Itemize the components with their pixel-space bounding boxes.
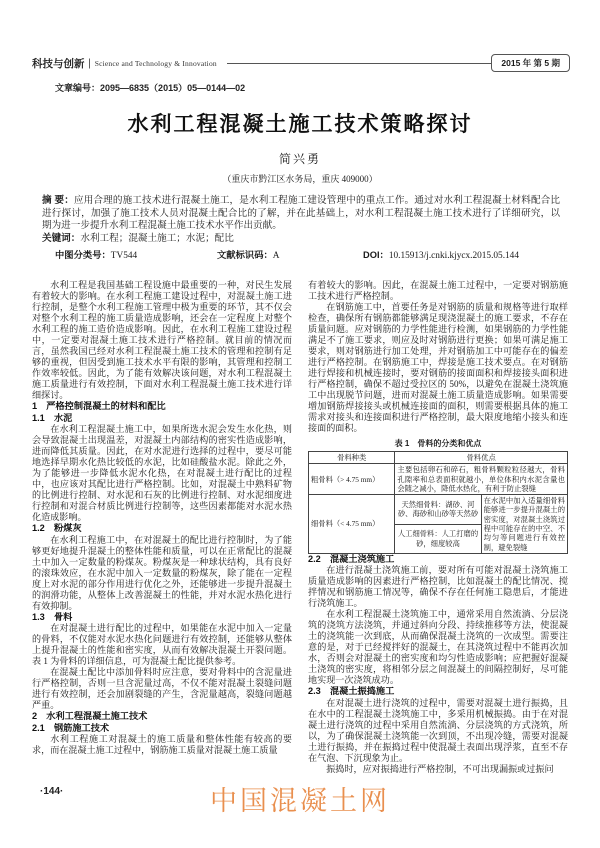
body-columns: 水利工程是我国基础工程设施中最重要的一种，对民生发展有着较大的影响。在水利工程施…	[32, 280, 568, 775]
section-1-3-heading: 1.3 骨料	[32, 612, 292, 624]
doc-code-value: A	[273, 251, 280, 261]
clc-item: 中图分类号：TV544	[55, 247, 217, 261]
paper-affiliation: （重庆市黔江区水务局，重庆 409000）	[0, 172, 600, 185]
rebar-paragraph-2: 在钢筋施工中，首要任务是对钢筋的质量和规格等进行取样检查，确保所有钢筋都能够满足…	[308, 302, 568, 434]
article-number-label: 文章编号：	[55, 83, 100, 93]
keywords-line: 关键词：水利工程；混凝土施工；水泥；配比	[42, 233, 560, 246]
aggregate-table: 骨料种类 骨料优点 粗骨料（> 4.75 mm） 主要包括卵石和碎石，粗骨料颗粒…	[308, 451, 568, 554]
cement-paragraph: 在水利工程混凝土施工中，如果所选水泥会发生水化热，则会导致混凝土出现温差，对混凝…	[32, 424, 292, 523]
section-2-3-heading: 2.3 混凝土振捣施工	[308, 686, 568, 698]
issue-badge: 2015 年 第 5 期	[491, 54, 570, 72]
abstract-block: 摘 要：应用合理的施工技术进行混凝土施工，是水利工程施工建设管理中的重点工作。通…	[42, 195, 560, 245]
vibrating-paragraph-2: 振捣时，应对振捣进行严格控制，不可出现漏振或过振问	[308, 764, 568, 775]
fine-aggregate-natural: 天然细骨料：湖砂、河砂、海砂和山砂等天然砂	[395, 495, 481, 524]
journal-name-en: Science and Technology & Innovation	[95, 59, 217, 68]
section-1-1-heading: 1.1 水泥	[32, 413, 292, 425]
header-rule	[227, 63, 493, 64]
journal-name-cn: 科技与创新	[32, 56, 85, 71]
doi-label: DOI：	[363, 250, 389, 260]
doi-value: 10.15913/j.cnki.kjycx.2015.05.144	[389, 251, 519, 261]
clc-value: TV544	[111, 251, 137, 261]
section-2-heading: 2 水利工程混凝土施工技术	[32, 711, 292, 723]
fine-aggregate-artificial: 人工细骨料：人工打磨的砂，细度较高	[395, 524, 481, 553]
classification-row: 中图分类号：TV544 文献标识码：A DOI：10.15913/j.cnki.…	[55, 247, 560, 261]
keywords-text: 水利工程；混凝土施工；水泥；配比	[80, 233, 234, 244]
rebar-paragraph-continued: 有着较大的影响。因此，在混凝土施工过程中，一定要对钢筋施工技术进行严格控制。	[308, 280, 568, 302]
abstract-label: 摘 要：	[42, 195, 74, 206]
article-number-line: 文章编号：2095—6835（2015）05—0144—02	[55, 81, 245, 94]
paper-title: 水利工程混凝土施工技术策略探讨	[0, 108, 600, 138]
table-1-caption: 表 1 骨料的分类和优点	[308, 439, 568, 449]
section-1-2-heading: 1.2 粉煤灰	[32, 523, 292, 535]
coarse-aggregate-type: 粗骨料（> 4.75 mm）	[309, 464, 395, 495]
vibrating-paragraph-1: 在对混凝土进行浇筑的过程中，需要对混凝土进行振捣，且在水中的工程混凝土浇筑施工中…	[308, 698, 568, 764]
article-number-value: 2095—6835（2015）05—0144—02	[100, 83, 245, 93]
fine-aggregate-desc: 在水泥中加入适量细骨料能够进一步提升混凝土的密实度，对混凝土浇筑过程中可能存在的…	[481, 495, 567, 554]
paper-author: 简兴勇	[0, 150, 600, 167]
rebar-paragraph-start: 水利工程施工对混凝土的施工质量和整体性能有较高的要求，而在混凝土施工过程中，钢筋…	[32, 734, 292, 756]
abstract-paragraph: 摘 要：应用合理的施工技术进行混凝土施工，是水利工程施工建设管理中的重点工作。通…	[42, 195, 560, 233]
fine-aggregate-type: 细骨料（< 4.75 mm）	[309, 495, 395, 554]
right-column: 有着较大的影响。因此，在混凝土施工过程中，一定要对钢筋施工技术进行严格控制。 在…	[308, 280, 568, 775]
section-2-2-heading: 2.2 混凝土浇筑施工	[308, 554, 568, 566]
pouring-paragraph-2: 在水利工程混凝土浇筑施工中，通常采用自然流淌、分层浇筑的浇筑方法浇筑，并通过斜向…	[308, 609, 568, 686]
flyash-paragraph: 在水利工程施工中，在对混凝土的配比进行控制时，为了能够更好地提升混凝土的整体性能…	[32, 535, 292, 612]
section-2-1-heading: 2.1 钢筋施工技术	[32, 723, 292, 735]
aggregate-paragraph-1: 在对混凝土进行配比的过程中，如果能在水泥中加入一定量的骨料，不仅能对水泥水热化问…	[32, 623, 292, 667]
doc-code-label: 文献标识码：	[217, 250, 273, 260]
pouring-paragraph-1: 在进行混凝土浇筑施工前，要对所有可能对混凝土浇筑施工质量造成影响的因素进行严格控…	[308, 565, 568, 609]
keywords-label: 关键词：	[42, 233, 80, 244]
doc-code-item: 文献标识码：A	[217, 247, 363, 261]
table-row-fine-natural: 细骨料（< 4.75 mm） 天然细骨料：湖砂、河砂、海砂和山砂等天然砂 在水泥…	[309, 495, 568, 524]
table-header-row: 骨料种类 骨料优点	[309, 452, 568, 464]
coarse-aggregate-desc: 主要包括卵石和碎石，粗骨料颗粒粒径越大，骨料孔隙率和总表面积就越小，单位体积内水…	[395, 464, 568, 495]
abstract-text: 应用合理的施工技术进行混凝土施工，是水利工程施工建设管理中的重点工作。通过对水利…	[42, 195, 560, 231]
doi-item: DOI：10.15913/j.cnki.kjycx.2015.05.144	[363, 247, 519, 261]
section-1-heading: 1 严格控制混凝土的材料和配比	[32, 401, 292, 413]
intro-paragraph: 水利工程是我国基础工程设施中最重要的一种，对民生发展有着较大的影响。在水利工程施…	[32, 280, 292, 401]
paper-page: 科技与创新 | Science and Technology & Innovat…	[0, 0, 600, 848]
journal-name-separator: |	[89, 58, 91, 69]
clc-label: 中图分类号：	[55, 250, 111, 260]
watermark-text: 中国混凝土网	[0, 779, 600, 818]
table-row-coarse: 粗骨料（> 4.75 mm） 主要包括卵石和碎石，粗骨料颗粒粒径越大，骨料孔隙率…	[309, 464, 568, 495]
left-column: 水利工程是我国基础工程设施中最重要的一种，对民生发展有着较大的影响。在水利工程施…	[32, 280, 292, 775]
table-header-type: 骨料种类	[309, 452, 395, 464]
table-header-advantages: 骨料优点	[395, 452, 568, 464]
journal-header: 科技与创新 | Science and Technology & Innovat…	[32, 54, 570, 72]
aggregate-paragraph-2: 在混凝土配比中添加骨料时应注意，要对骨料中的含泥量进行严格控制，否则一旦含泥量过…	[32, 667, 292, 711]
